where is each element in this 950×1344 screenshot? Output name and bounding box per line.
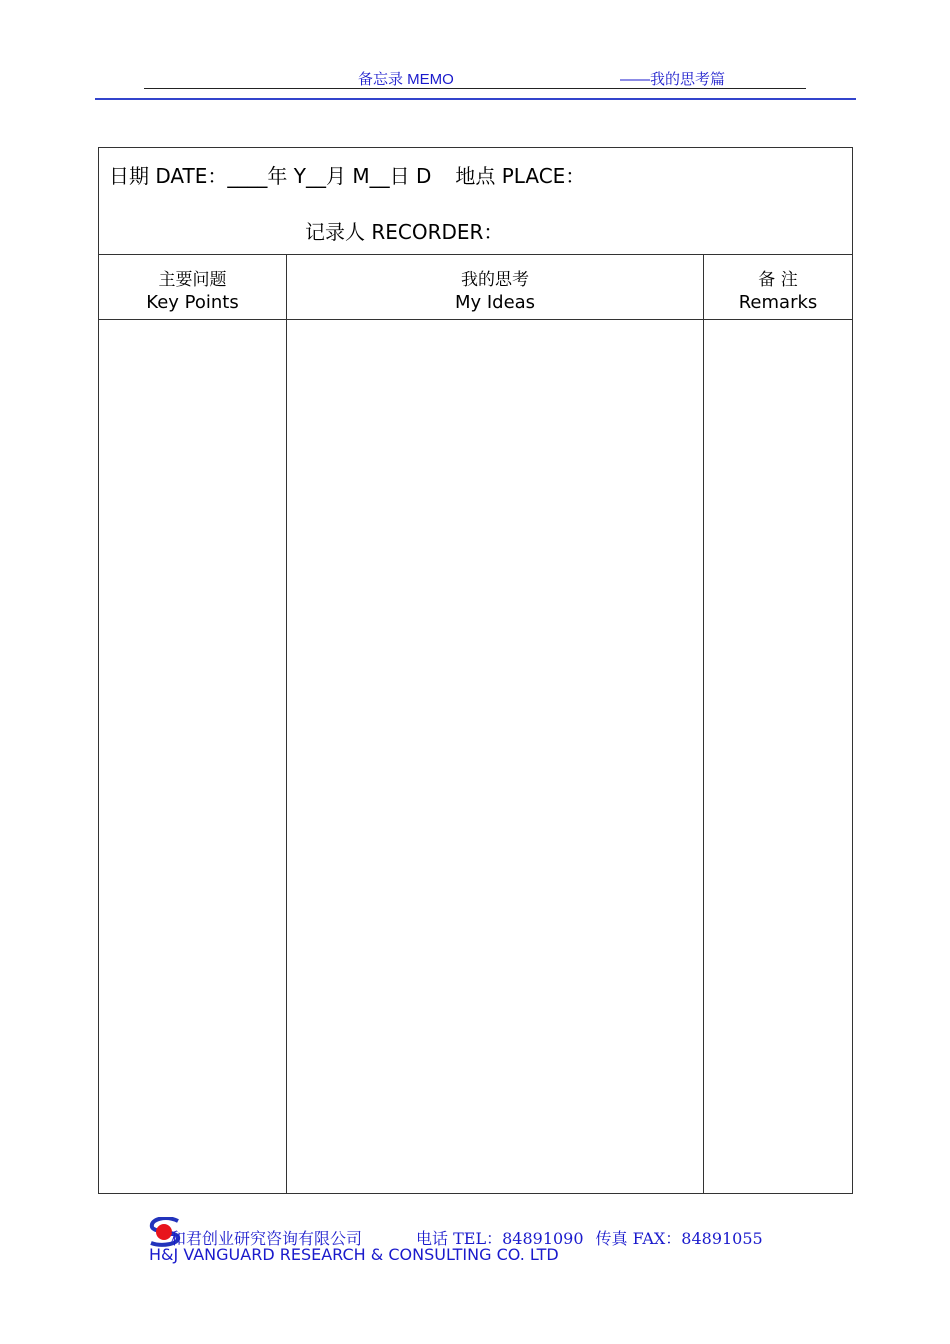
company-name-en: H&J VANGUARD RESEARCH & CONSULTING CO. L… bbox=[149, 1245, 559, 1264]
column-header-cn: 我的思考 bbox=[287, 265, 703, 290]
month-label: 月 M bbox=[326, 164, 370, 188]
header-title-memo: 备忘录 MEMO bbox=[358, 68, 454, 89]
year-label: 年 Y bbox=[267, 164, 306, 188]
column-header-my-ideas: 我的思考 My Ideas bbox=[287, 255, 704, 320]
header-title-subtitle: ——我的思考篇 bbox=[620, 68, 725, 89]
header-divider-blue bbox=[95, 98, 856, 100]
date-place-line: 日期 DATE：____年 Y__月 M__日 D地点 PLACE： bbox=[109, 160, 585, 189]
column-header-cn: 主要问题 bbox=[99, 265, 286, 290]
header-divider-black bbox=[144, 88, 806, 89]
date-month-field[interactable]: __ bbox=[306, 164, 326, 188]
my-ideas-area[interactable] bbox=[287, 320, 704, 1194]
info-row: 日期 DATE：____年 Y__月 M__日 D地点 PLACE： 记录人 R… bbox=[99, 148, 853, 255]
recorder-label: 记录人 RECORDER： bbox=[305, 220, 503, 244]
key-points-area[interactable] bbox=[99, 320, 287, 1194]
column-header-row: 主要问题 Key Points 我的思考 My Ideas 备 注 Remark… bbox=[99, 255, 853, 320]
column-header-en: Remarks bbox=[704, 292, 852, 313]
fax-number: 84891055 bbox=[681, 1229, 762, 1248]
date-label: 日期 DATE： bbox=[109, 164, 227, 188]
remarks-area[interactable] bbox=[704, 320, 853, 1194]
column-header-cn: 备 注 bbox=[704, 265, 852, 290]
fax-label: 传真 FAX： bbox=[596, 1229, 682, 1248]
date-day-field[interactable]: __ bbox=[370, 164, 390, 188]
info-cell: 日期 DATE：____年 Y__月 M__日 D地点 PLACE： 记录人 R… bbox=[99, 148, 853, 255]
memo-table: 日期 DATE：____年 Y__月 M__日 D地点 PLACE： 记录人 R… bbox=[98, 147, 853, 1194]
recorder-line: 记录人 RECORDER： bbox=[305, 216, 503, 245]
place-label: 地点 PLACE： bbox=[455, 164, 585, 188]
column-header-en: Key Points bbox=[99, 292, 286, 313]
day-label: 日 D bbox=[390, 164, 432, 188]
column-header-en: My Ideas bbox=[287, 292, 703, 313]
column-header-remarks: 备 注 Remarks bbox=[704, 255, 853, 320]
body-row bbox=[99, 320, 853, 1194]
date-year-field[interactable]: ____ bbox=[227, 164, 267, 188]
column-header-key-points: 主要问题 Key Points bbox=[99, 255, 287, 320]
